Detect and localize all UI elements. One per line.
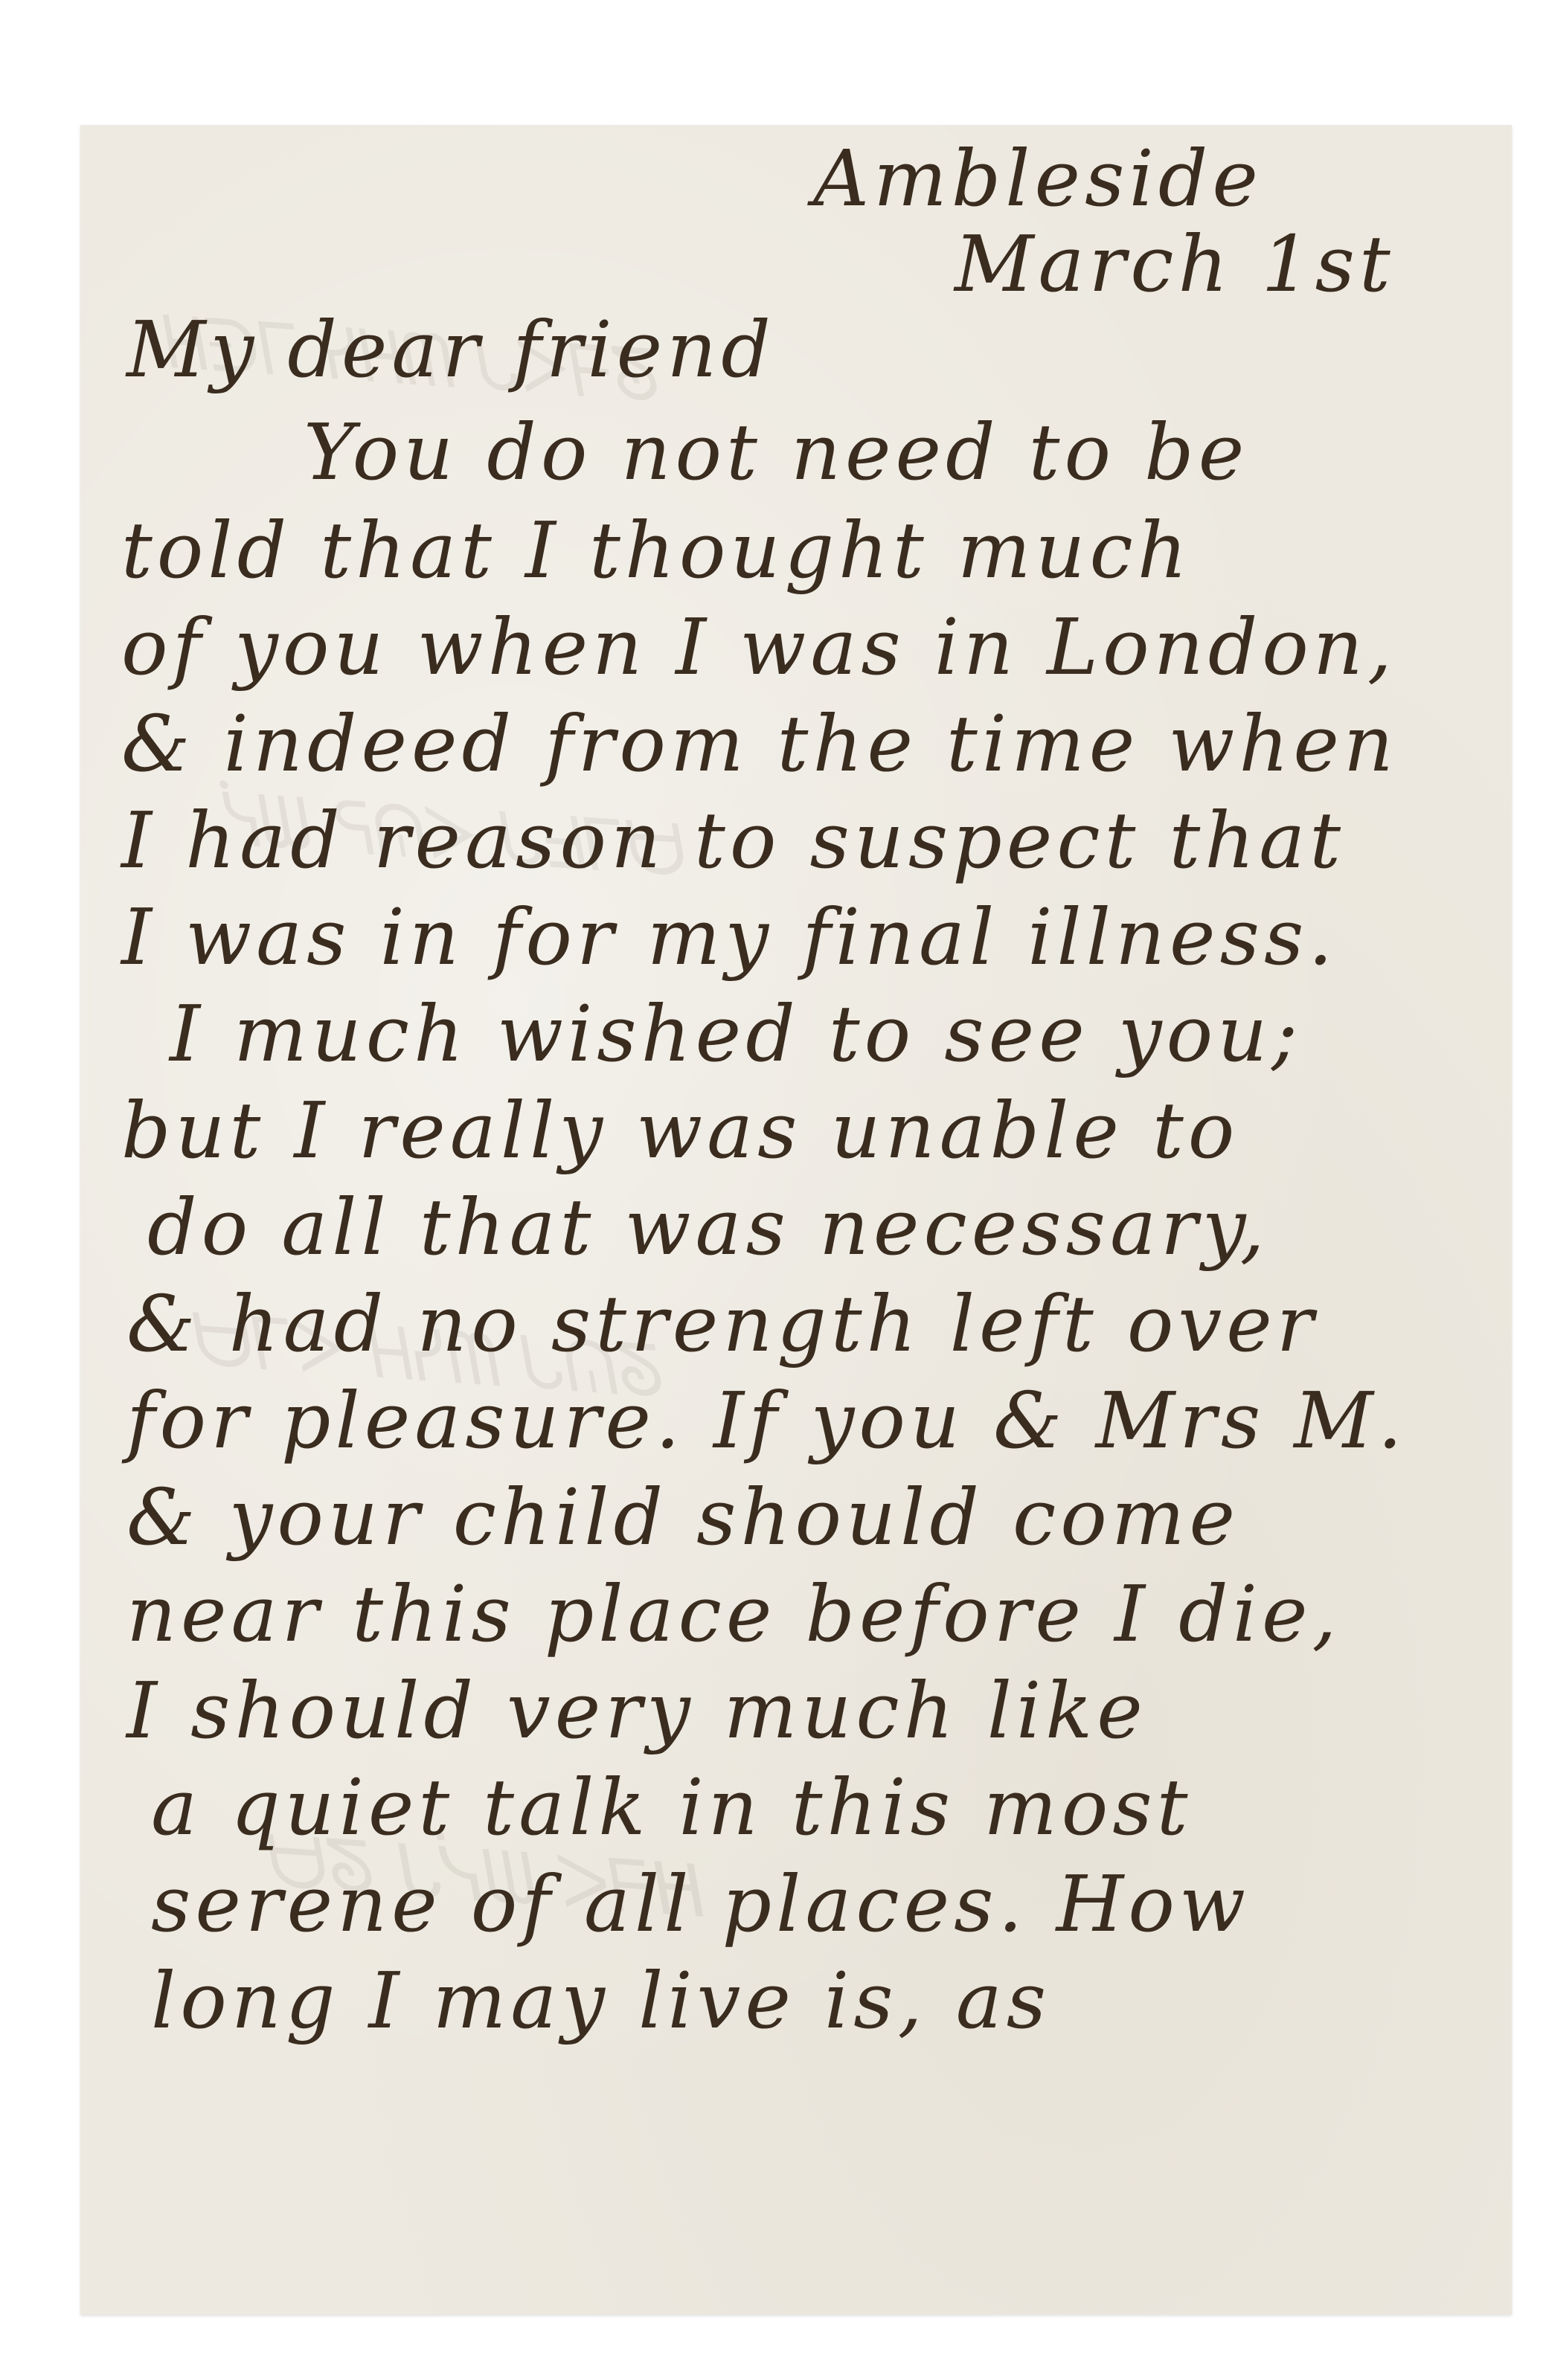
letter-line: I had reason to suspect that [121,802,1345,879]
letter-line: & indeed from the time when [121,705,1398,782]
letter-line: near this place before I die, [126,1575,1341,1653]
letter-line: I was in for my final illness. [121,898,1337,976]
letter-page: ᘔᖷᐸᒍ ᗰᕼᓭ ᒣᕮᕼ ᗨᒣᖶᒍ ᐸᕬᕈ ᗯᓰ ᘔᕬᒍ ᗰᓭᕼ ᐸᒣᗨ ᕼᖷᐸ… [80,125,1512,2315]
letter-place: Ambleside [813,140,1263,217]
letter-line: for pleasure. If you & Mrs M. [126,1382,1407,1459]
letter-line: serene of all places. How [151,1865,1250,1943]
letter-salutation: My dear friend [126,311,775,388]
letter-line: You do not need to be [304,414,1248,491]
letter-line: but I really was unable to [121,1092,1239,1169]
letter-line: a quiet talk in this most [151,1769,1193,1846]
letter-line: told that I thought much [121,512,1192,589]
letter-line: I much wished to see you; [170,995,1302,1072]
letter-line: I should very much like [126,1672,1147,1749]
letter-line: & had no strength left over [126,1285,1318,1363]
letter-line: & your child should come [126,1479,1239,1556]
letter-line: of you when I was in London, [121,608,1396,686]
letter-line: do all that was necessary, [147,1189,1269,1266]
letter-date: March 1st [955,225,1395,303]
letter-line: long I may live is, as [151,1962,1050,2039]
